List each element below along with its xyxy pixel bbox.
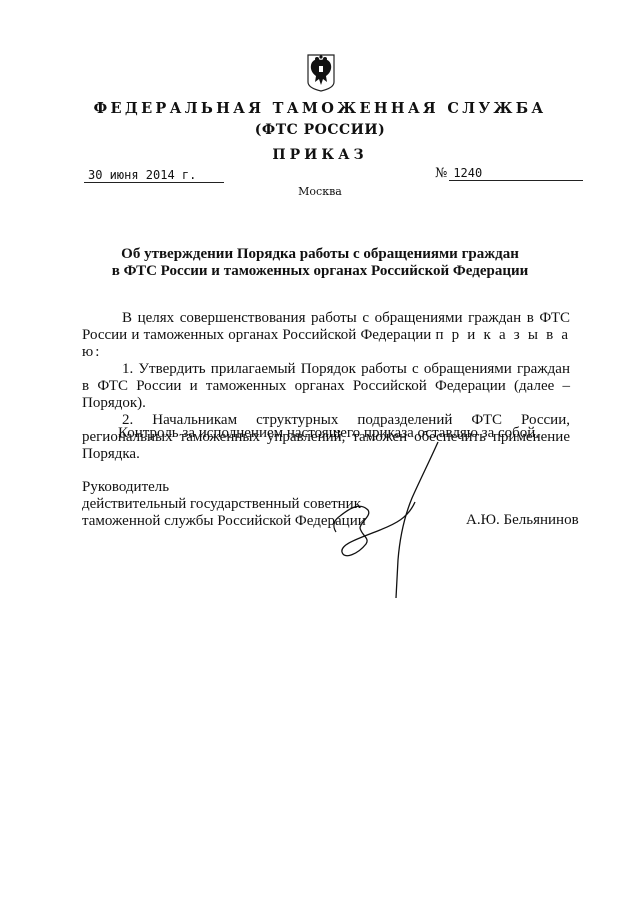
document-title: Об утверждении Порядка работы с обращени… [80, 246, 560, 280]
preamble: В целях совершенствования работы с обращ… [82, 310, 570, 361]
signer-name: А.Ю. Бельянинов [466, 512, 579, 529]
document-type: ПРИКАЗ [0, 147, 640, 163]
city: Москва [0, 185, 640, 198]
handwritten-signature [320, 440, 450, 600]
title-line-1: Об утверждении Порядка работы с обращени… [80, 246, 560, 263]
document-number: №1240 [435, 166, 583, 181]
document-date: 30 июня 2014 г. [84, 168, 224, 183]
number-value: 1240 [449, 166, 583, 181]
title-line-2: в ФТС России и таможенных органах Россий… [80, 263, 560, 280]
agency-name: ФЕДЕРАЛЬНАЯ ТАМОЖЕННАЯ СЛУЖБА [0, 100, 640, 117]
order-item-1: 1. Утвердить прилагаемый Порядок работы … [82, 361, 570, 412]
agency-short-name: (ФТС РОССИИ) [0, 122, 640, 138]
number-sign: № [435, 166, 447, 181]
coat-of-arms-icon [306, 52, 336, 92]
